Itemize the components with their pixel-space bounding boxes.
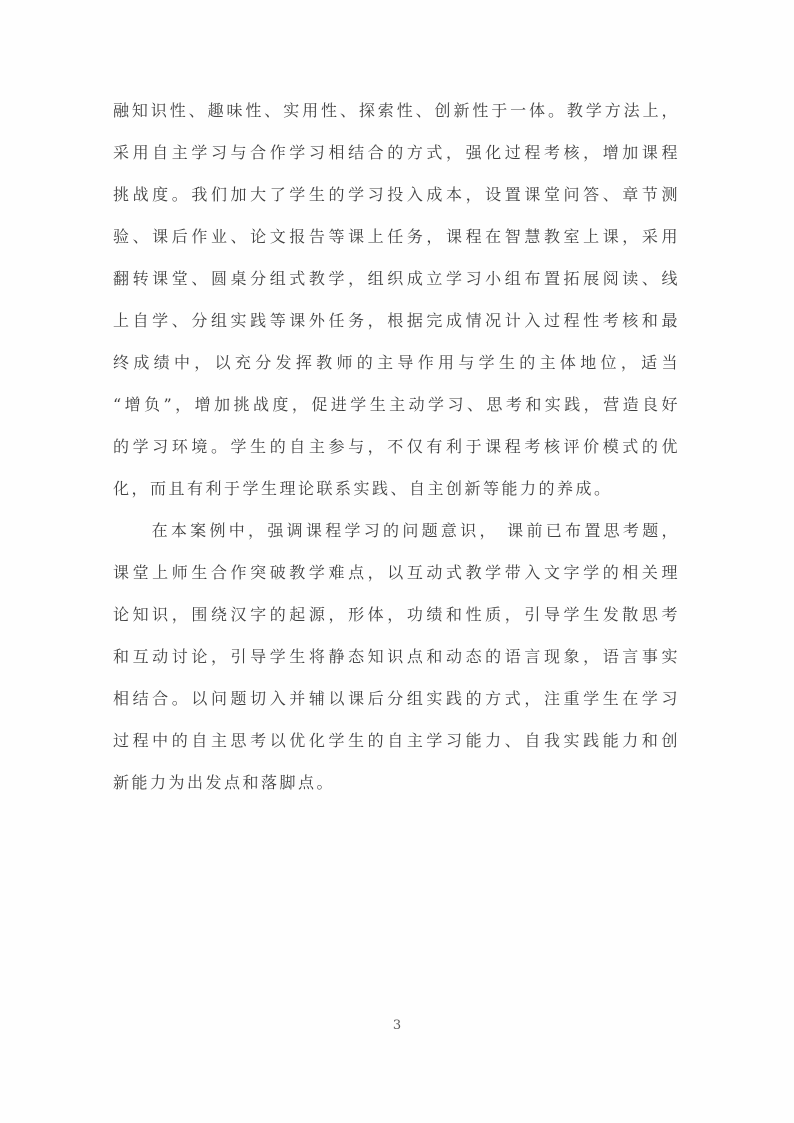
- text-line: 挑战度。我们加大了学生的学习投入成本，设置课堂问答、章节测: [113, 174, 680, 216]
- text-line: 终成绩中，以充分发挥教师的主导作用与学生的主体地位，适当: [113, 342, 680, 384]
- text-line: 和互动讨论，引导学生将静态知识点和动态的语言现象，语言事实: [113, 636, 680, 678]
- body-text: 融知识性、趣味性、实用性、探索性、创新性于一体。教学方法上，采用自主学习与合作学…: [113, 90, 680, 804]
- page-number: 3: [0, 1018, 794, 1033]
- text-line: 验、课后作业、论文报告等课上任务，课程在智慧教室上课，采用: [113, 216, 680, 258]
- text-line: 新能力为出发点和落脚点。: [113, 762, 680, 804]
- text-line: “增负”，增加挑战度，促进学生主动学习、思考和实践，营造良好: [113, 384, 680, 426]
- text-line: 课堂上师生合作突破教学难点，以互动式教学带入文字学的相关理: [113, 552, 680, 594]
- text-line: 化，而且有利于学生理论联系实践、自主创新等能力的养成。: [113, 468, 680, 510]
- text-line: 融知识性、趣味性、实用性、探索性、创新性于一体。教学方法上，: [113, 90, 680, 132]
- text-line: 上自学、分组实践等课外任务，根据完成情况计入过程性考核和最: [113, 300, 680, 342]
- text-line: 论知识，围绕汉字的起源，形体，功绩和性质，引导学生发散思考: [113, 594, 680, 636]
- paragraph: 在本案例中，强调课程学习的问题意识， 课前已布置思考题，课堂上师生合作突破教学难…: [113, 510, 680, 804]
- document-page: 融知识性、趣味性、实用性、探索性、创新性于一体。教学方法上，采用自主学习与合作学…: [0, 0, 794, 1123]
- text-line: 在本案例中，强调课程学习的问题意识， 课前已布置思考题，: [113, 510, 680, 552]
- text-line: 相结合。以问题切入并辅以课后分组实践的方式，注重学生在学习: [113, 678, 680, 720]
- text-line: 翻转课堂、圆桌分组式教学，组织成立学习小组布置拓展阅读、线: [113, 258, 680, 300]
- text-line: 的学习环境。学生的自主参与，不仅有利于课程考核评价模式的优: [113, 426, 680, 468]
- text-line: 采用自主学习与合作学习相结合的方式，强化过程考核，增加课程: [113, 132, 680, 174]
- paragraph: 融知识性、趣味性、实用性、探索性、创新性于一体。教学方法上，采用自主学习与合作学…: [113, 90, 680, 510]
- text-line: 过程中的自主思考以优化学生的自主学习能力、自我实践能力和创: [113, 720, 680, 762]
